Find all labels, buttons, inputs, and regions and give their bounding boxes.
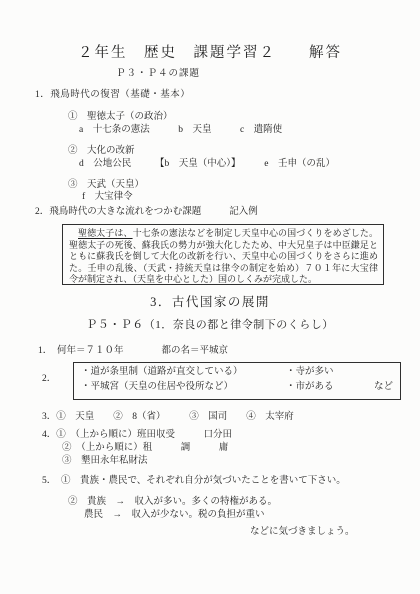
s3-q5-prompt: 5． ① 貴族・農民で、それぞれ自分が気づいたことを書いて下さい。	[42, 476, 346, 488]
s3-q4-line-3: ③ 墾田永年私財法	[62, 456, 148, 468]
s3-q2-answer-box: ・道が条里制（道路が直交している） ・寺が多い ・平城宮（天皇の住居や役所など）…	[73, 362, 401, 400]
s3-q1-answer: 1． 何年＝７１０年 都の名＝平城京	[38, 346, 228, 358]
summary-paragraph: 聖徳太子は、十七条の憲法などを制定し天皇中心の国づくりをめざした。聖徳太子の死後…	[69, 228, 378, 286]
s3-q2-row1-right: ・寺が多い	[286, 367, 334, 378]
section3-heading: 3．古代国家の展開	[0, 295, 420, 311]
s3-q2-label: 2．	[42, 374, 56, 386]
q2-heading-text: 2．飛鳥時代の大きな流れをつかむ課題	[35, 207, 201, 217]
s3-q2-row2-right: ・市がある	[286, 382, 334, 393]
q1-item-2: ② 大化の改新	[68, 146, 135, 158]
q1-item-1-answers: a 十七条の憲法 b 天皇 c 遣隋使	[79, 125, 282, 137]
s3-q3-answer: 3．① 天皇 ② 8（省） ③ 国司 ④ 太宰府	[42, 412, 294, 424]
s3-q2-row2-tail: など	[374, 382, 393, 393]
q1-item-3-answers: f 大宝律令	[82, 192, 133, 204]
q1-item-3: ③ 天武（天皇）	[68, 180, 144, 192]
s3-q4-line-1: 4．① （上から順に）班田収受 口分田	[42, 430, 232, 442]
s3-q2-row1-left: ・道が条里制（道路が直交している）	[81, 367, 243, 378]
page-title: ２年生 歴史 課題学習２ 解答	[0, 44, 420, 62]
section3-subheading: Ｐ５・Ｐ６（1．奈良の都と律令制下のくらし）	[0, 319, 420, 333]
summary-answer-box: 聖徳太子は、十七条の憲法などを制定し天皇中心の国づくりをめざした。聖徳太子の死後…	[62, 224, 384, 285]
q1-heading: 1．飛鳥時代の復習（基礎・基本）	[35, 90, 190, 102]
s3-q4-line-2: ② （上から順に）租 調 庸	[62, 443, 228, 455]
s3-q5-note: などに気づきましょう。	[250, 527, 355, 539]
q1-item-2-answers: d 公地公民 【b 天皇（中心）】 e 壬申（の乱）	[79, 159, 335, 171]
q2-note: 記入例	[229, 207, 258, 217]
s3-q5-noble: ② 貴族 → 収入が多い。多くの特権がある。	[68, 497, 277, 509]
q2-heading: 2．飛鳥時代の大きな流れをつかむ課題記入例	[35, 207, 258, 219]
s3-q5-farmer: 農民 → 収入が少ない。税の負担が重い	[84, 510, 265, 522]
worksheet-page: ２年生 歴史 課題学習２ 解答 Ｐ３・Ｐ４の課題 1．飛鳥時代の復習（基礎・基本…	[0, 0, 420, 594]
q1-item-1: ① 聖徳太子（の政治）	[68, 112, 173, 124]
underlined-phrase: 聖徳太子は、	[78, 228, 133, 238]
page-subtitle: Ｐ３・Ｐ４の課題	[116, 69, 200, 81]
s3-q2-row2-left: ・平城宮（天皇の住居や役所など）	[81, 382, 233, 393]
